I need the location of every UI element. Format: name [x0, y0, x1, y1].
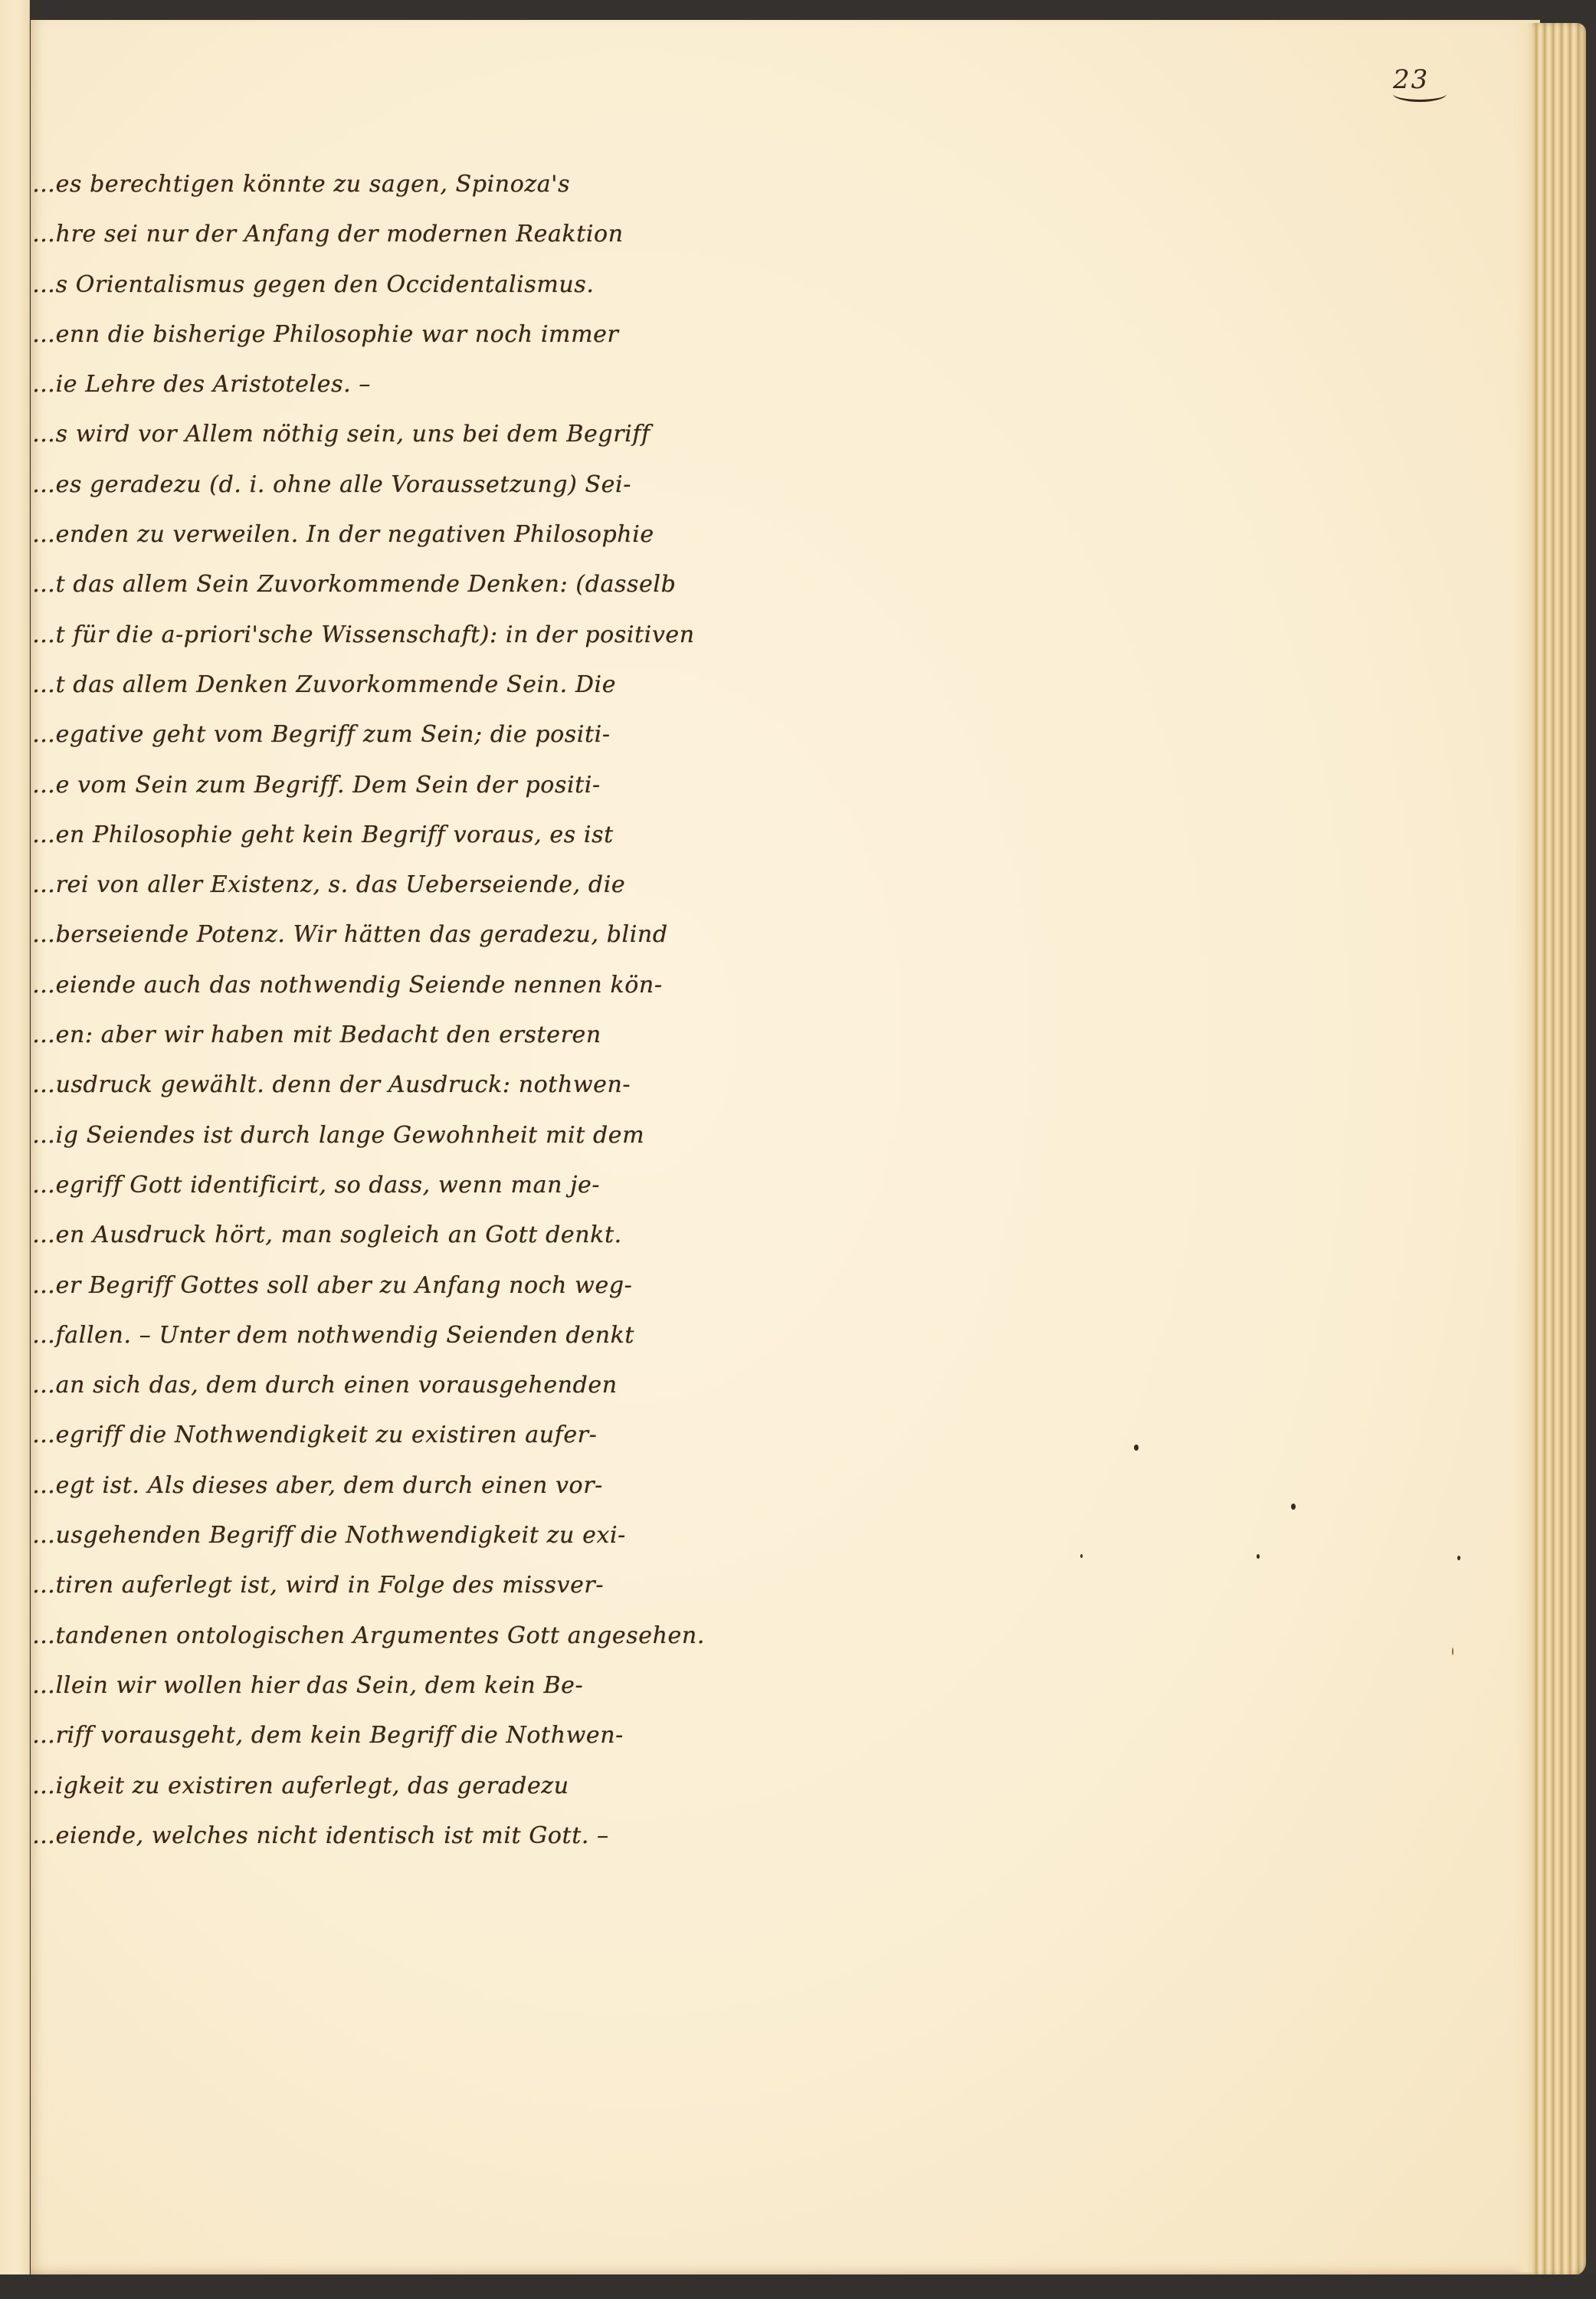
book-fore-edge: [1532, 23, 1586, 2276]
manuscript-line: …eiende auch das nothwendig Seiende nenn…: [32, 960, 798, 1010]
manuscript-line: …t für die a-priori'sche Wissenschaft): …: [32, 610, 798, 660]
manuscript-line: …egriff die Nothwendigkeit zu existiren …: [32, 1410, 798, 1460]
manuscript-line: …tandenen ontologischen Argumentes Gott …: [32, 1611, 798, 1661]
manuscript-line: …s wird vor Allem nöthig sein, uns bei d…: [32, 409, 798, 459]
manuscript-line: …t das allem Sein Zuvorkommende Denken: …: [32, 559, 798, 609]
manuscript-line: …igkeit zu existiren auferlegt, das gera…: [32, 1761, 798, 1811]
manuscript-line: …ig Seiendes ist durch lange Gewohnheit …: [32, 1110, 798, 1160]
manuscript-line: …ie Lehre des Aristoteles. –: [32, 359, 798, 409]
manuscript-line: …en Ausdruck hört, man sogleich an Gott …: [32, 1210, 798, 1260]
manuscript-line: …llein wir wollen hier das Sein, dem kei…: [32, 1661, 798, 1710]
paper-speck: [1134, 1445, 1139, 1451]
manuscript-line: …berseiende Potenz. Wir hätten das gerad…: [32, 910, 798, 959]
scan-background-bottom: [0, 2274, 1596, 2299]
paper-speck: [1452, 1648, 1453, 1655]
manuscript-line: …en: aber wir haben mit Bedacht den erst…: [32, 1010, 798, 1060]
manuscript-line: …an sich das, dem durch einen vorausgehe…: [32, 1360, 798, 1410]
facing-page-edge: [0, 0, 30, 2299]
paper-speck: [1291, 1504, 1296, 1510]
manuscript-line: …hre sei nur der Anfang der modernen Rea…: [32, 209, 798, 259]
page-edge-shading: [1513, 23, 1535, 2272]
manuscript-line: …egative geht vom Begriff zum Sein; die …: [32, 710, 798, 759]
manuscript-line: …usdruck gewählt. denn der Ausdruck: not…: [32, 1060, 798, 1110]
manuscript-line: …t das allem Denken Zuvorkommende Sein. …: [32, 660, 798, 710]
paper-speck: [1457, 1556, 1460, 1560]
manuscript-line: …enn die bisherige Philosophie war noch …: [32, 310, 798, 359]
manuscript-line: …s Orientalismus gegen den Occidentalism…: [32, 260, 798, 310]
manuscript-line: …riff vorausgeht, dem kein Begriff die N…: [32, 1710, 798, 1760]
manuscript-line: …e vom Sein zum Begriff. Dem Sein der po…: [32, 760, 798, 810]
manuscript-line: …tiren auferlegt ist, wird in Folge des …: [32, 1560, 798, 1610]
manuscript-line: …egriff Gott identificirt, so dass, wenn…: [32, 1160, 798, 1210]
manuscript-line: …fallen. – Unter dem nothwendig Seienden…: [32, 1310, 798, 1360]
manuscript-line: …es berechtigen könnte zu sagen, Spinoza…: [32, 159, 798, 209]
manuscript-line: …eiende, welches nicht identisch ist mit…: [32, 1811, 798, 1861]
manuscript-line: …es geradezu (d. i. ohne alle Voraussetz…: [32, 460, 798, 510]
manuscript-line: …er Begriff Gottes soll aber zu Anfang n…: [32, 1261, 798, 1310]
paper-speck: [1257, 1554, 1260, 1559]
manuscript-line: …en Philosophie geht kein Begriff voraus…: [32, 810, 798, 860]
manuscript-line: …egt ist. Als dieses aber, dem durch ein…: [32, 1461, 798, 1510]
page-number-underline: [1393, 86, 1447, 102]
manuscript-line: …usgehenden Begriff die Nothwendigkeit z…: [32, 1510, 798, 1560]
paper-speck: [1080, 1554, 1083, 1558]
manuscript-line: …rei von aller Existenz, s. das Uebersei…: [32, 860, 798, 910]
handwritten-text-block: …es berechtigen könnte zu sagen, Spinoza…: [32, 159, 798, 1861]
manuscript-line: …enden zu verweilen. In der negativen Ph…: [32, 510, 798, 559]
